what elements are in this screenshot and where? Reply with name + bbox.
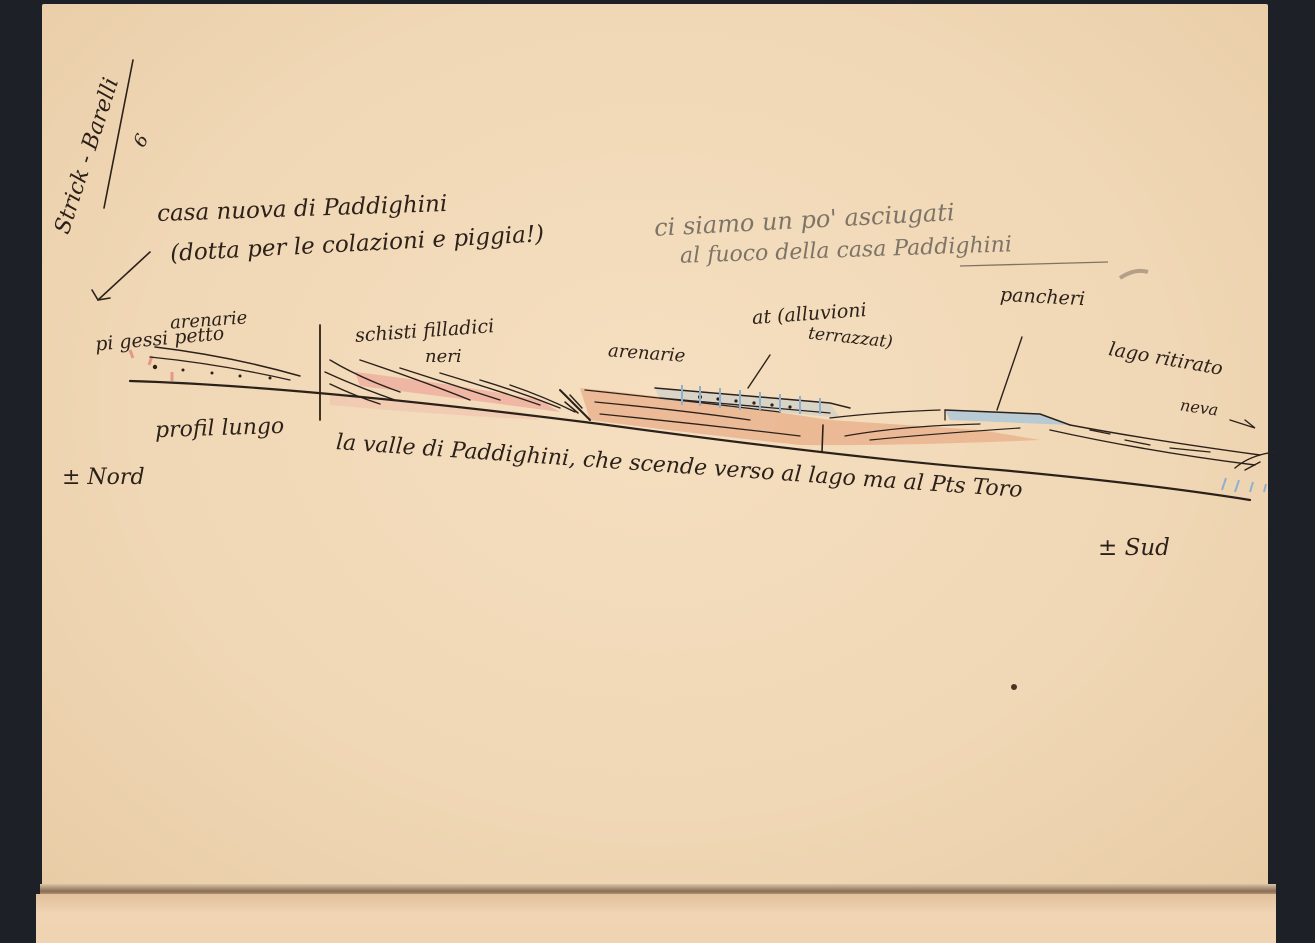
compass-north: ± Nord [62,467,145,489]
label-pancheri: pancheri [1000,286,1086,309]
label-schists-sub: neri [425,348,462,366]
label-sandstones: arenarie [607,342,685,365]
compass-south: ± Sud [1098,537,1170,560]
caption-part1: profil lungo [155,416,285,442]
ink-spot [1011,684,1017,690]
